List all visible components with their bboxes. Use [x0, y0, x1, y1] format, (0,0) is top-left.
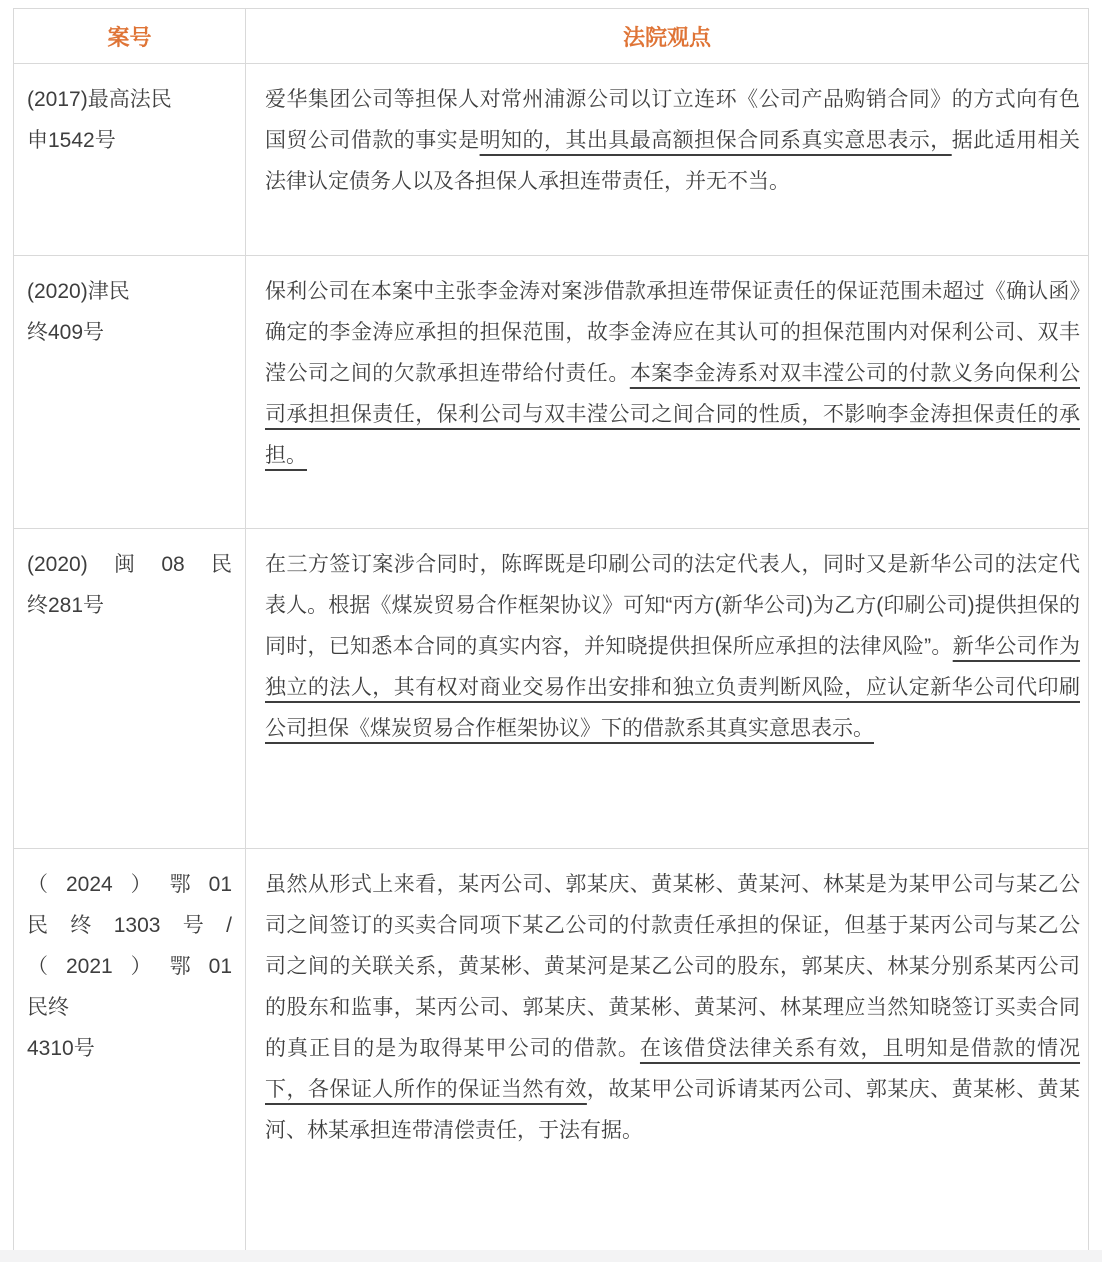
- table-header: 案号 法院观点: [14, 9, 1089, 64]
- case-number-line: （2024）鄂01: [27, 864, 232, 905]
- court-opinion-cell: 保利公司在本案中主张李金涛对案涉借款承担连带保证责任的保证范围未超过《确认函》确…: [246, 256, 1089, 529]
- court-opinion-text: 虽然从形式上来看，某丙公司、郭某庆、黄某彬、黄某河、林某是为某甲公司与某乙公司之…: [265, 864, 1080, 1151]
- page: 案号 法院观点 (2017)最高法民申1542号爱华集团公司等担保人对常州浦源公…: [0, 0, 1102, 1262]
- opinion-underlined-segment: 明知的，其出具最高额担保合同系真实意思表示，: [480, 129, 952, 152]
- case-number-line: (2020)闽08民: [27, 544, 232, 585]
- case-number-line: （2021）鄂01: [27, 946, 232, 987]
- case-opinion-table: 案号 法院观点 (2017)最高法民申1542号爱华集团公司等担保人对常州浦源公…: [13, 8, 1089, 1251]
- page-bottom-strip: [0, 1250, 1102, 1262]
- table-row: （2024）鄂01民终1303号/（2021）鄂01民终4310号虽然从形式上来…: [14, 849, 1089, 1251]
- case-number-line: (2020)津民: [27, 271, 232, 312]
- table-body: (2017)最高法民申1542号爱华集团公司等担保人对常州浦源公司以订立连环《公…: [14, 64, 1089, 1251]
- table-row: (2020)闽08民终281号在三方签订案涉合同时，陈晖既是印刷公司的法定代表人…: [14, 529, 1089, 849]
- case-number-line: 终281号: [27, 585, 232, 626]
- table-row: (2020)津民终409号保利公司在本案中主张李金涛对案涉借款承担连带保证责任的…: [14, 256, 1089, 529]
- header-court-opinion: 法院观点: [246, 9, 1089, 64]
- case-number-line: 4310号: [27, 1028, 232, 1069]
- case-number-line: (2017)最高法民: [27, 79, 232, 120]
- table-row: (2017)最高法民申1542号爱华集团公司等担保人对常州浦源公司以订立连环《公…: [14, 64, 1089, 256]
- header-case-no: 案号: [14, 9, 246, 64]
- court-opinion-cell: 虽然从形式上来看，某丙公司、郭某庆、黄某彬、黄某河、林某是为某甲公司与某乙公司之…: [246, 849, 1089, 1251]
- court-opinion-cell: 在三方签订案涉合同时，陈晖既是印刷公司的法定代表人，同时又是新华公司的法定代表人…: [246, 529, 1089, 849]
- case-number-cell: (2020)津民终409号: [14, 256, 246, 529]
- case-number-cell: (2020)闽08民终281号: [14, 529, 246, 849]
- case-number-line: 民终1303号/: [27, 905, 232, 946]
- case-number-cell: (2017)最高法民申1542号: [14, 64, 246, 256]
- opinion-text-segment: 虽然从形式上来看，某丙公司、郭某庆、黄某彬、黄某河、林某是为某甲公司与某乙公司之…: [265, 873, 1080, 1060]
- header-row: 案号 法院观点: [14, 9, 1089, 64]
- case-number-cell: （2024）鄂01民终1303号/（2021）鄂01民终4310号: [14, 849, 246, 1251]
- court-opinion-text: 爱华集团公司等担保人对常州浦源公司以订立连环《公司产品购销合同》的方式向有色国贸…: [265, 79, 1080, 202]
- case-number-line: 申1542号: [27, 120, 232, 161]
- court-opinion-text: 保利公司在本案中主张李金涛对案涉借款承担连带保证责任的保证范围未超过《确认函》确…: [265, 271, 1080, 476]
- case-number-line: 终409号: [27, 312, 232, 353]
- court-opinion-text: 在三方签订案涉合同时，陈晖既是印刷公司的法定代表人，同时又是新华公司的法定代表人…: [265, 544, 1080, 749]
- case-number-line: 民终: [27, 987, 232, 1028]
- court-opinion-cell: 爱华集团公司等担保人对常州浦源公司以订立连环《公司产品购销合同》的方式向有色国贸…: [246, 64, 1089, 256]
